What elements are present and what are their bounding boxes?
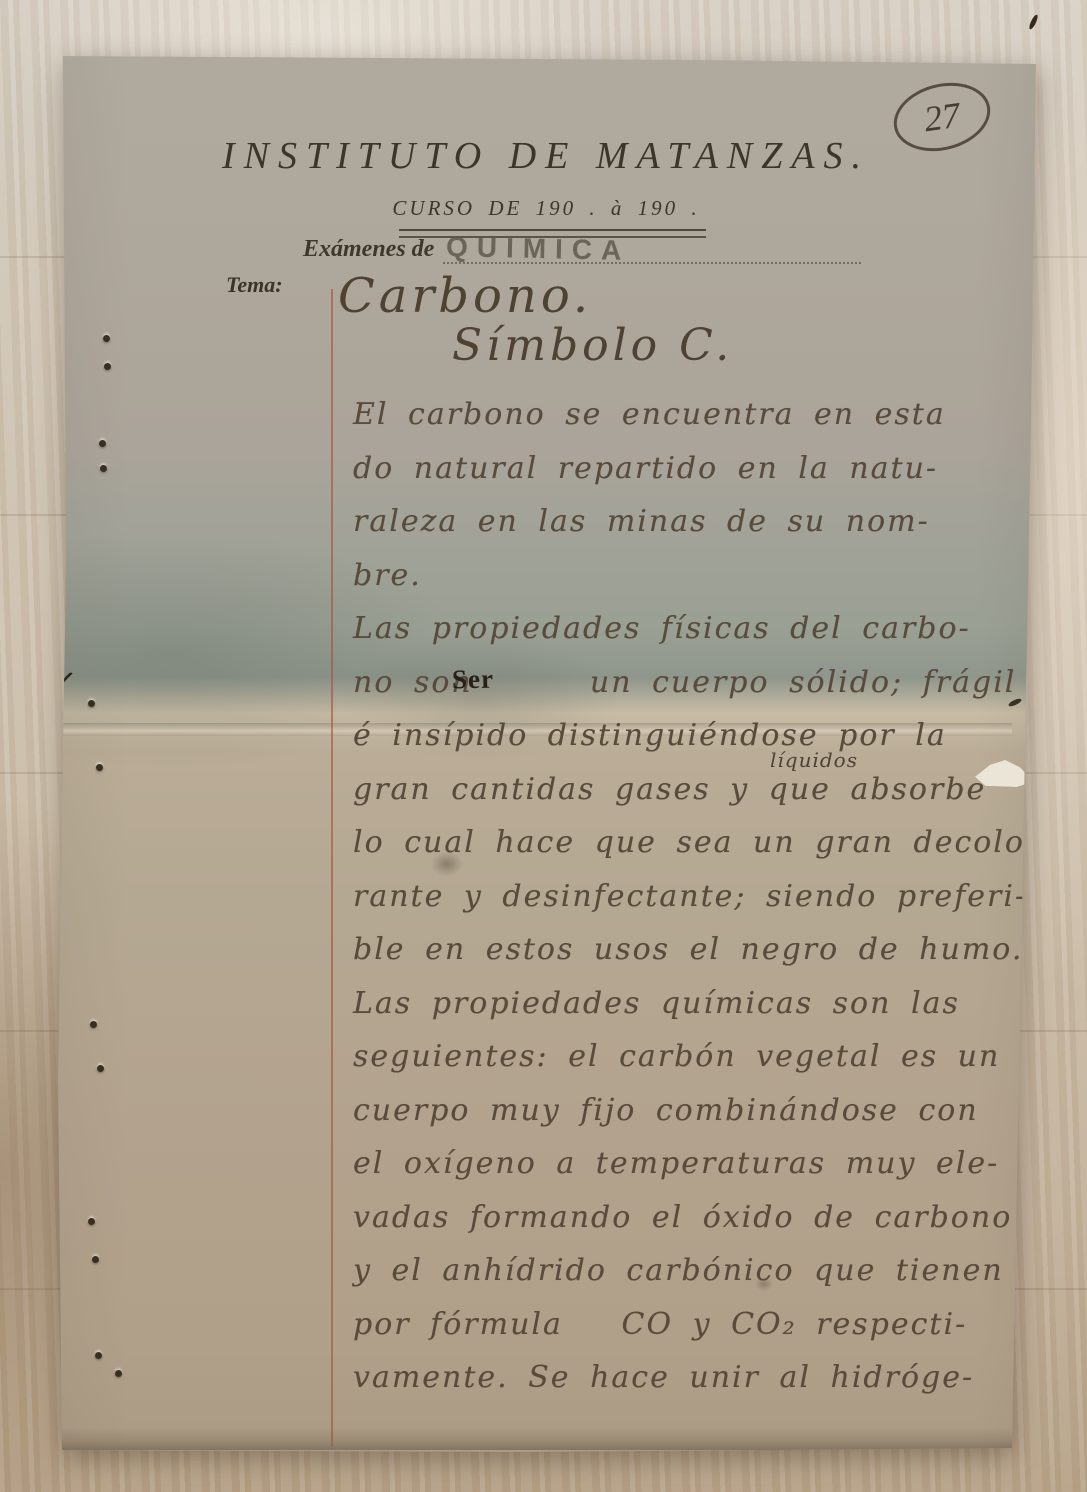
photographed-exam-document: INSTITUTO DE MATANZAS. CURSO DE 190 . à … [0,0,1087,1492]
manuscript-line: El carbono se encuentra en esta [353,397,1053,451]
manuscript-line: por fórmula CO y CO₂ respecti- [353,1307,1053,1361]
course-line: CURSO DE 190 . à 190 . [146,196,946,221]
red-margin-line [331,289,333,1447]
manuscript-line: cuerpo muy fijo combinándose con [353,1093,1053,1147]
manuscript-line: seguientes: el carbón vegetal es un [353,1039,1053,1093]
correction-stamp-ser: Ser [452,664,495,696]
handwritten-topic: Carbono. [338,268,592,324]
pin-hole [103,335,110,342]
pin-hole [95,1352,102,1359]
exam-paper-sheet: INSTITUTO DE MATANZAS. CURSO DE 190 . à … [0,0,1087,1492]
pin-hole [90,1021,97,1028]
pin-hole [88,1218,95,1225]
exam-of-label: Exámenes de [303,236,434,263]
theme-label: Tema: [226,272,283,298]
pin-hole [88,700,95,707]
manuscript-line: y el anhídrido carbónico que tienen [353,1253,1053,1307]
inserted-word-liquidos: líquidos [770,748,858,772]
bottom-fold-crease [62,1427,1012,1450]
paper-sheet-wrapper: INSTITUTO DE MATANZAS. CURSO DE 190 . à … [0,0,1087,1492]
manuscript-line: Las propiedades químicas son las [353,986,1053,1040]
margin-check-mark: ✓ [56,665,76,692]
manuscript-line: é insípido distinguiéndose por la [353,718,1053,772]
subject-stamp: QUIMICA [446,231,631,267]
manuscript-line: gran cantidas gases y que absorbe [353,772,1053,826]
page-number: 27 [921,94,962,141]
pin-hole [97,1065,104,1072]
manuscript-line: vamente. Se hace unir al hidróge- [353,1360,1053,1414]
manuscript-line: lo cual hace que sea un gran decolo [353,825,1053,879]
manuscript-line: rante y desinfectante; siendo preferi- [353,879,1053,933]
manuscript-line: Las propiedades físicas del carbo- [353,611,1053,665]
institution-title: INSTITUTO DE MATANZAS. [146,134,946,178]
pin-hole [100,465,107,472]
manuscript-line: ble en estos usos el negro de humo. [353,932,1053,986]
manuscript-line: el oxígeno a temperaturas muy ele- [353,1146,1053,1200]
handwritten-symbol-heading: Símbolo C. [452,320,733,371]
manuscript-line: raleza en las minas de su nom- [353,504,1053,558]
manuscript-line: vadas formando el óxido de carbono [353,1200,1053,1254]
pin-hole [99,440,106,447]
manuscript-line: bre. [353,558,1053,612]
manuscript-body: El carbono se encuentra en estado natura… [353,397,1053,1414]
pin-hole [96,764,103,771]
pin-hole [115,1370,122,1377]
manuscript-line: do natural repartido en la natu- [353,451,1053,505]
pin-hole [104,363,111,370]
pin-hole [92,1256,99,1263]
